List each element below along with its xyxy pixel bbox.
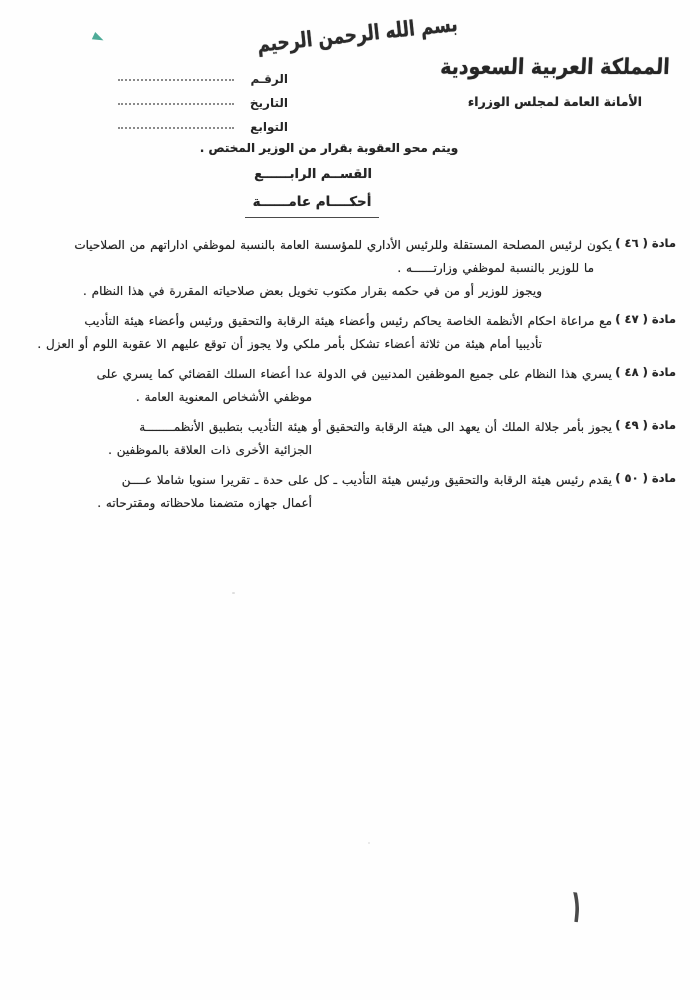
teal-arrow-annotation-icon — [92, 32, 105, 44]
field-attachments-blank-line — [118, 127, 234, 129]
article-49-label: مادة ( ٤٩ ) — [618, 416, 676, 462]
article-50-label: مادة ( ٥٠ ) — [618, 469, 676, 515]
scan-speck — [368, 842, 370, 844]
field-number-blank-line — [118, 79, 234, 81]
field-attachments: التوابع — [118, 110, 288, 134]
article-49-line-2: الجزائية الأخرى ذات العلاقة بالموظفين . — [28, 439, 312, 462]
section-subtitle-wrap: أحكــــام عامــــــة — [0, 191, 662, 218]
field-date-blank-line — [118, 103, 234, 105]
article-46-line-3: ويجوز للوزير أو من في حكمه بقرار مكتوب ت… — [28, 280, 542, 303]
articles-body: مادة ( ٤٦ ) يكون لرئيس المصلحة المستقلة … — [28, 234, 676, 522]
article-48-line-2: موظفي الأشخاص المعنوية العامة . — [28, 386, 312, 409]
field-date: التاريخ — [118, 86, 288, 110]
article-50-line-1: يقدم رئيس هيئة الرقابة والتحقيق ورئيس هي… — [28, 469, 612, 492]
article-47-line-1: مع مراعاة احكام الأنظمة الخاصة يحاكم رئي… — [28, 310, 612, 333]
article-46: مادة ( ٤٦ ) يكون لرئيس المصلحة المستقلة … — [28, 234, 676, 303]
article-46-line-1: يكون لرئيس المصلحة المستقلة وللرئيس الأد… — [28, 234, 612, 257]
article-47-label: مادة ( ٤٧ ) — [618, 310, 676, 356]
scan-speck — [232, 592, 235, 594]
section-title: القســم الرابــــــع — [0, 167, 663, 182]
scanned-document-page: بسم الله الرحمن الرحيم المملكة العربية ا… — [0, 0, 700, 1000]
article-48-line-1: يسري هذا النظام على جميع الموظفين المدني… — [28, 363, 612, 386]
article-49: مادة ( ٤٩ ) يجوز بأمر جلالة الملك أن يعه… — [28, 416, 676, 462]
article-50-line-2: أعمال جهازه متضمنا ملاحظاته ومقترحاته . — [28, 492, 312, 515]
article-48: مادة ( ٤٨ ) يسري هذا النظام على جميع الم… — [28, 363, 676, 409]
article-50: مادة ( ٥٠ ) يقدم رئيس هيئة الرقابة والتح… — [28, 469, 676, 515]
letterhead: المملكة العربية السعودية الأمانة العامة … — [436, 56, 674, 109]
section-subtitle: أحكــــام عامــــــة — [245, 194, 380, 218]
article-46-line-2: ما للوزير بالنسبة لموظفي وزارتــــــه . — [28, 257, 594, 280]
article-47: مادة ( ٤٧ ) مع مراعاة احكام الأنظمة الخا… — [28, 310, 676, 356]
bismillah-calligraphy: بسم الله الرحمن الرحيم — [277, 12, 459, 56]
article-46-label: مادة ( ٤٦ ) — [618, 234, 676, 303]
field-number-label: الرقـم — [244, 72, 288, 86]
kingdom-title-calligraphy: المملكة العربية السعودية — [435, 54, 674, 79]
reference-fields: الرقـم التاريخ التوابع — [118, 62, 288, 134]
article-49-line-1: يجوز بأمر جلالة الملك أن يعهد الى هيئة ا… — [28, 416, 612, 439]
field-date-label: التاريخ — [244, 96, 288, 110]
field-number: الرقـم — [118, 62, 288, 86]
article-48-label: مادة ( ٤٨ ) — [618, 363, 676, 409]
article-47-line-2: تأديبيا أمام هيئة من ثلاثة أعضاء تشكل بأ… — [28, 333, 542, 356]
field-attachments-label: التوابع — [244, 120, 288, 134]
secretariat-title: الأمانة العامة لمجلس الوزراء — [436, 94, 674, 109]
handwritten-page-number: ١ — [563, 879, 591, 934]
intro-sentence: ويتم محو العقوبة بقرار من الوزير المختص … — [0, 141, 679, 155]
